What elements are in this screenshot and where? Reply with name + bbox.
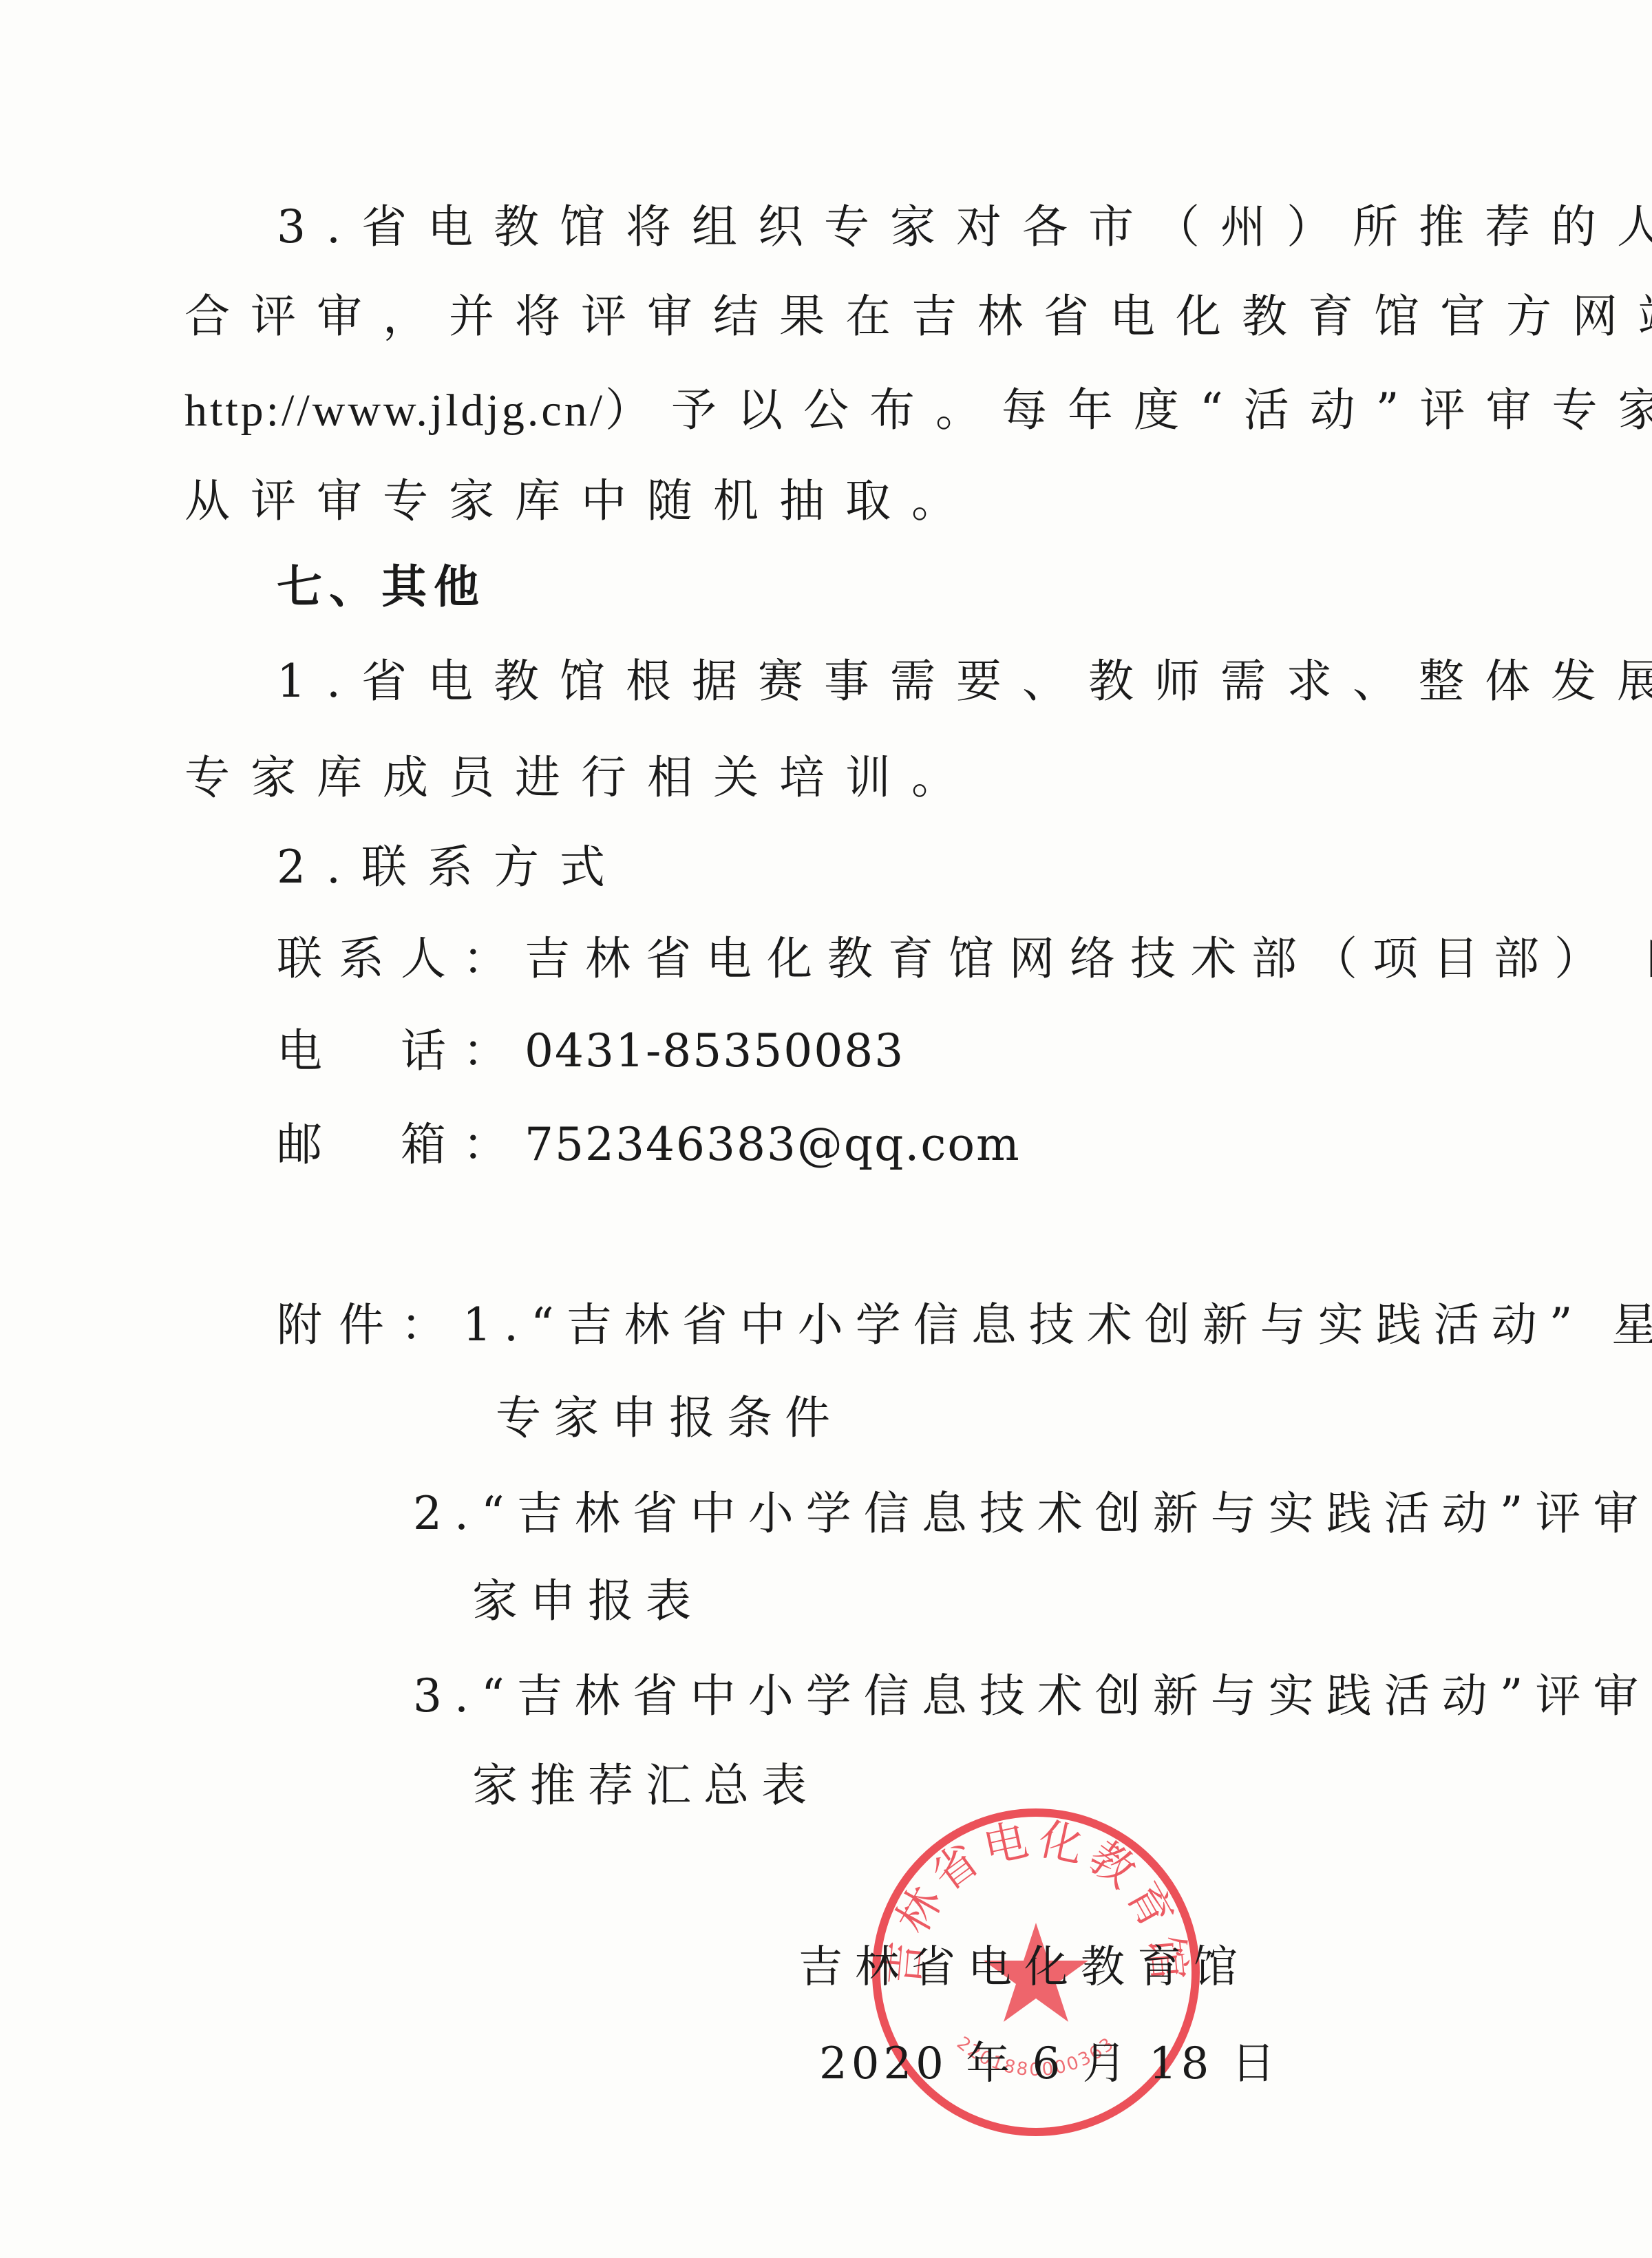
issue-date: 2020 年 6 月 18 日: [819, 2036, 1280, 2091]
issuing-organization: 吉林省电化教育馆: [798, 1940, 1250, 1995]
attachment-title-cont: 家申报表: [472, 1574, 703, 1629]
paragraph-line: 1.省电教馆根据赛事需要、教师需求、整体发展等方面组织: [277, 654, 1652, 709]
phone-value: 0431-85350083: [525, 1024, 904, 1077]
contact-person-row: 联系人：吉林省电化教育馆网络技术部（项目部） 田宏: [277, 931, 1652, 986]
attachment-item-3: 3.“吉林省中小学信息技术创新与实践活动”评审专: [413, 1669, 1652, 1724]
paragraph-line-with-url: http://www.jldjg.cn/）予以公布。每年度“活动”评审专家将: [184, 383, 1652, 439]
phone-row: 电 话：0431-85350083: [277, 1024, 904, 1079]
section-heading: 七、其他: [277, 560, 486, 615]
attachment-item-1: 附件：1.“吉林省中小学信息技术创新与实践活动” 星级: [277, 1298, 1652, 1353]
contact-label: 联系人：: [277, 932, 525, 985]
attachment-title-cont: 家推荐汇总表: [472, 1758, 819, 1813]
paragraph-line: 从评审专家库中随机抽取。: [184, 474, 977, 529]
contact-value: 吉林省电化教育馆网络技术部（项目部） 田宏: [525, 932, 1652, 985]
email-label: 邮 箱：: [277, 1118, 525, 1171]
phone-label: 电 话：: [277, 1024, 525, 1077]
contact-subheading: 2.联系方式: [277, 840, 626, 895]
attachment-title-cont: 专家申报条件: [496, 1391, 843, 1446]
attachments-label: 附件：: [277, 1298, 463, 1351]
url-line-rest: ）予以公布。每年度“活动”评审专家将: [605, 383, 1652, 436]
paragraph-line: 合评审，并将评审结果在吉林省电化教育馆官方网站（网址: [184, 289, 1652, 344]
paragraph-line: 3.省电教馆将组织专家对各市（州）所推荐的人员进行综: [277, 200, 1652, 255]
website-url-link[interactable]: http://www.jldjg.cn/: [184, 386, 605, 436]
attachment-title: 1.“吉林省中小学信息技术创新与实践活动” 星级: [463, 1298, 1652, 1351]
email-link[interactable]: 752346383@qq.com: [525, 1118, 1021, 1171]
attachment-item-2: 2.“吉林省中小学信息技术创新与实践活动”评审专: [413, 1486, 1652, 1541]
email-row: 邮 箱：752346383@qq.com: [277, 1117, 1021, 1172]
paragraph-line: 专家库成员进行相关培训。: [184, 750, 977, 805]
